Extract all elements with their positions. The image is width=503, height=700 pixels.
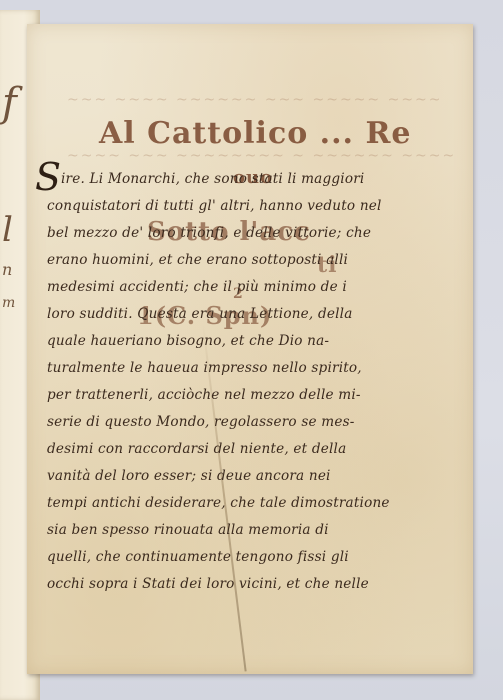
text-line: conquistatori di tutti gl' altri, hanno …	[47, 198, 382, 214]
left-page-glyph: f	[2, 80, 17, 126]
left-page-glyph: m	[2, 295, 15, 311]
text-line: per trattenerli, acciòche nel mezzo dell…	[47, 387, 361, 403]
left-page-glyph: l	[2, 210, 13, 250]
manuscript-photo: f l n m ~~~ ~~~~ ~~~~~~ ~~~ ~~~~~ ~~~~ A…	[0, 0, 503, 700]
text-line: sia ben spesso rinouata alla memoria di	[47, 522, 329, 538]
text-line: quale haueriano bisogno, et che Dio na-	[47, 333, 329, 349]
left-page-glyph: n	[2, 260, 12, 279]
text-line: loro sudditi. Questa era una Lettione, d…	[47, 306, 353, 322]
text-line: serie di questo Mondo, regolassero se me…	[47, 414, 355, 430]
text-line: bel mezzo de' loro trionfi, e delle vitt…	[47, 225, 371, 241]
text-line: medesimi accidenti; che il più minimo de…	[47, 279, 347, 295]
text-line: vanità del loro esser; si deue ancora ne…	[47, 468, 331, 484]
text-line: desimi con raccordarsi del niente, et de…	[47, 441, 346, 457]
text-line: quelli, che continuamente tengono fissi …	[47, 549, 349, 565]
text-line: turalmente le haueua impresso nello spir…	[47, 360, 362, 376]
text-line: tempi antichi desiderare, che tale dimos…	[47, 495, 390, 511]
text-line: erano huomini, et che erano sottoposti a…	[47, 252, 348, 268]
text-line: ire. Li Monarchi, che sono stati li magg…	[61, 171, 364, 187]
manuscript-page: ~~~ ~~~~ ~~~~~~ ~~~ ~~~~~ ~~~~ Al Cattol…	[27, 24, 473, 674]
text-line: occhi sopra i Stati dei loro vicini, et …	[47, 576, 369, 592]
handwritten-text: ire. Li Monarchi, che sono stati li magg…	[27, 24, 473, 674]
